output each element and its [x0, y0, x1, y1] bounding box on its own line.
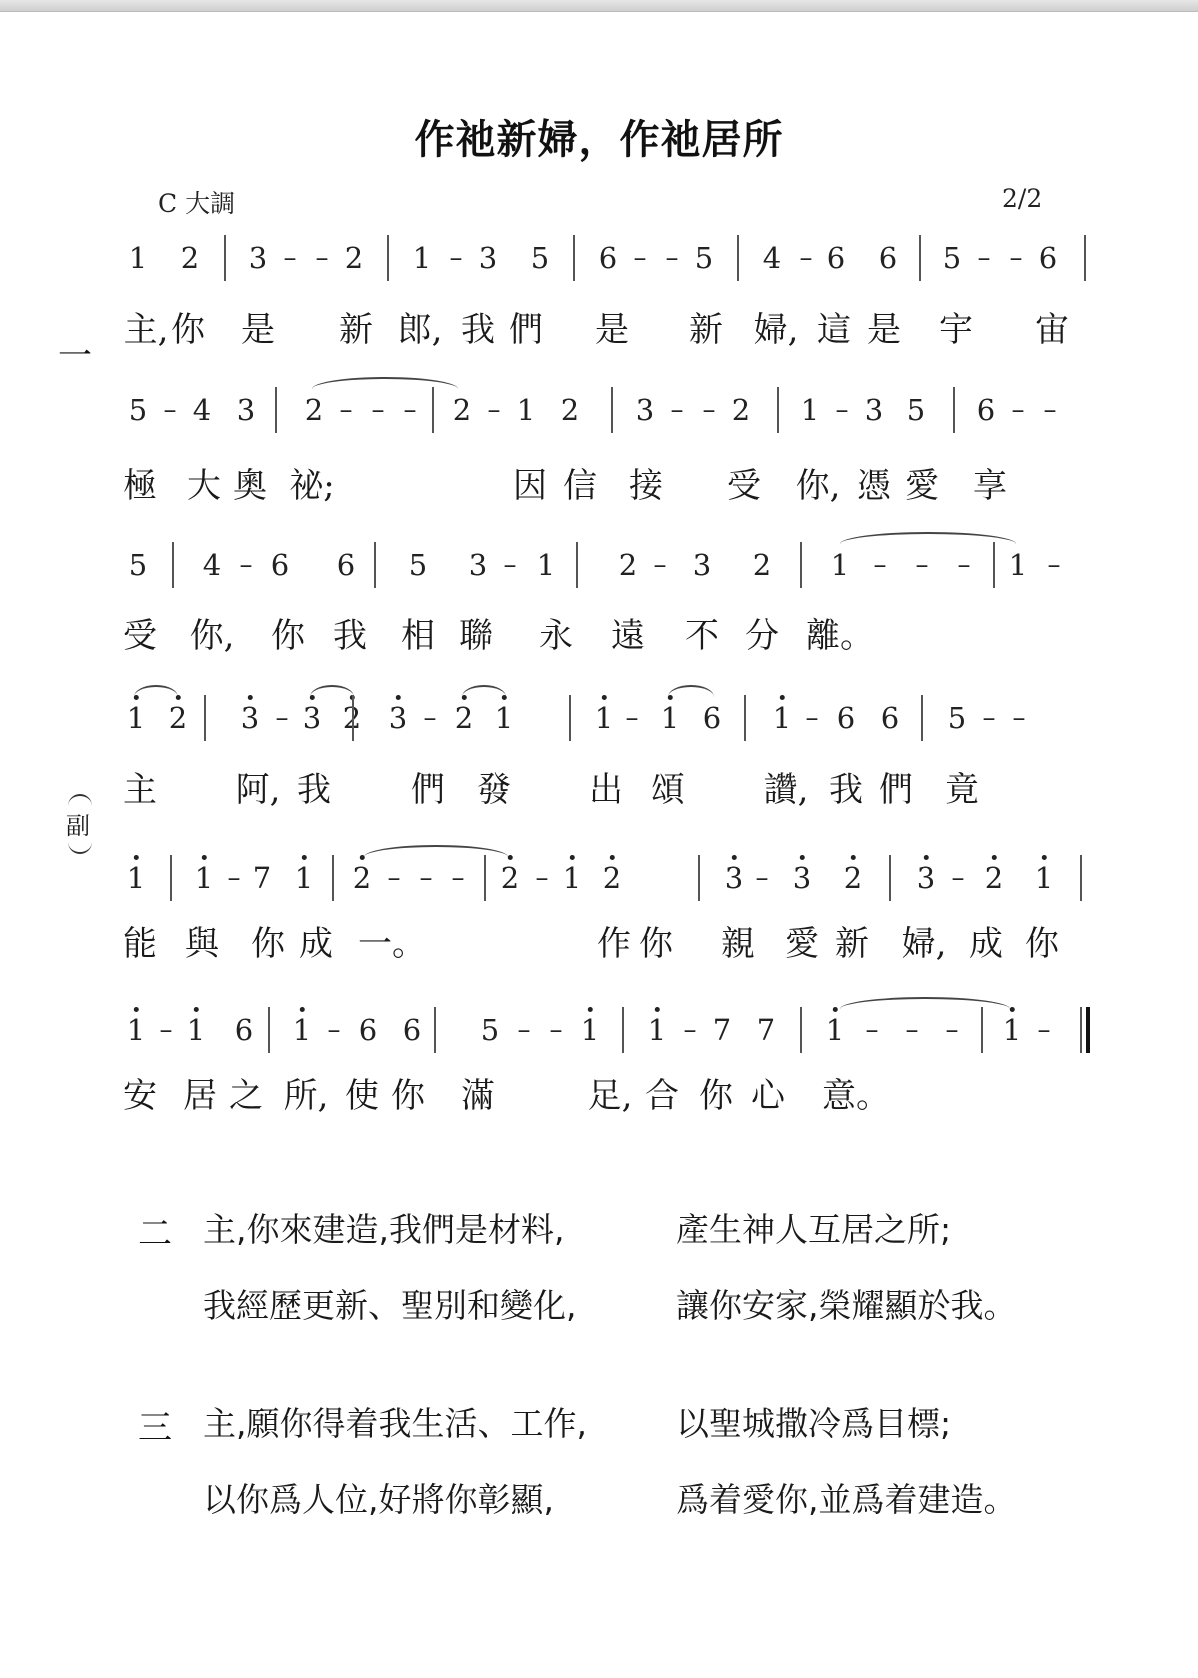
note: 2 [345, 241, 363, 275]
verse-number: 二 [138, 1206, 172, 1255]
note: 1 [127, 1013, 145, 1047]
hold-dash: – [866, 1013, 879, 1047]
octave-dot-icon [851, 855, 856, 860]
note: 3 [693, 548, 711, 582]
note: 1 [801, 393, 819, 427]
note: 2 [453, 393, 471, 427]
bar-line [204, 695, 206, 741]
note: 2 [305, 393, 323, 427]
tie-slur [310, 685, 354, 697]
bar-line [1080, 855, 1082, 901]
lyric-syllable: 極 [123, 466, 157, 506]
note: 3 [917, 861, 935, 895]
octave-dot-icon [602, 695, 607, 700]
note: 3 [389, 701, 407, 735]
lyric-syllable: 與 [185, 924, 219, 964]
hold-dash: – [806, 701, 819, 735]
bar-line [170, 855, 172, 901]
hold-dash: – [550, 1013, 563, 1047]
note: 5 [129, 548, 147, 582]
hold-dash: – [450, 241, 463, 275]
note: 3 [241, 701, 259, 735]
note: 3 [865, 393, 883, 427]
note: 1 [648, 1013, 666, 1047]
lyric-syllable: 滿 [461, 1076, 495, 1116]
lyric-syllable: 大 [187, 466, 221, 506]
note: 4 [193, 393, 211, 427]
note: 1 [581, 1013, 599, 1047]
note: 4 [763, 241, 781, 275]
bar-line [777, 387, 779, 433]
lyric-syllable: 我 [461, 310, 495, 350]
bar-line [434, 1007, 436, 1053]
bar-line [576, 542, 578, 588]
note: 7 [713, 1013, 731, 1047]
lyric-syllable: 享 [973, 466, 1007, 506]
note: 6 [703, 701, 721, 735]
octave-dot-icon [1010, 1007, 1015, 1012]
note: 6 [599, 241, 617, 275]
hold-dash: – [1038, 1013, 1051, 1047]
hold-dash: – [316, 241, 329, 275]
lyric-syllable: 是 [595, 310, 629, 350]
lyric-syllable: 新 [689, 310, 723, 350]
note: 7 [253, 861, 271, 895]
note: 1 [129, 241, 147, 275]
note: 3 [469, 548, 487, 582]
lyric-syllable: 永 [539, 616, 573, 656]
song-title: 作祂新婦，作祂居所 [0, 108, 1198, 165]
note: 1 [293, 1013, 311, 1047]
note: 2 [619, 548, 637, 582]
hold-dash: – [504, 548, 517, 582]
lyric-syllable: 是 [241, 310, 275, 350]
lyric-syllable: 你 [391, 1076, 425, 1116]
hold-dash: – [1010, 241, 1023, 275]
lyric-syllable: 主 [123, 770, 157, 810]
lyric-syllable: 合 [645, 1076, 679, 1116]
tie-slur [462, 685, 506, 697]
hold-dash: – [240, 548, 253, 582]
lyric-syllable: 離。 [806, 616, 874, 656]
lyric-syllable: 主, [124, 310, 169, 350]
hold-dash: – [404, 393, 417, 427]
hold-dash: – [340, 393, 353, 427]
lyric-syllable: 新 [339, 310, 373, 350]
lyric-syllable: 你 [1025, 924, 1059, 964]
octave-dot-icon [610, 855, 615, 860]
lyric-syllable: 出 [589, 770, 623, 810]
lyric-syllable: 頌 [651, 770, 685, 810]
bar-line [573, 235, 575, 281]
lyric-syllable: 安 [123, 1076, 157, 1116]
bar-line [569, 695, 571, 741]
lyric-syllable: 意。 [822, 1076, 890, 1116]
note: 1 [495, 701, 513, 735]
note: 1 [661, 701, 679, 735]
bar-line [1080, 1007, 1082, 1053]
window-top-bar [0, 0, 1198, 12]
hold-dash: – [626, 701, 639, 735]
lyric-syllable: 你, [796, 466, 841, 506]
tie-slur [312, 377, 458, 389]
hold-dash: – [684, 1013, 697, 1047]
hold-dash: – [756, 861, 769, 895]
lyric-syllable: 分 [745, 616, 779, 656]
key-signature: C 大調 [158, 184, 235, 220]
tie-slur [668, 685, 714, 697]
note: 1 [537, 548, 555, 582]
lyric-syllable: 你 [251, 924, 285, 964]
lyric-syllable: 相 [401, 616, 435, 656]
bar-line [432, 387, 434, 433]
lyric-syllable: 你 [271, 616, 305, 656]
bar-line [484, 855, 486, 901]
lyric-syllable: 宇 [939, 310, 973, 350]
verse-line-first-half: 我經歷更新、聖別和變化, [203, 1280, 577, 1327]
note: 5 [409, 548, 427, 582]
note: 1 [1009, 548, 1027, 582]
note: 6 [271, 548, 289, 582]
note: 2 [985, 861, 1003, 895]
octave-dot-icon [800, 855, 805, 860]
lyric-syllable: 愛 [905, 466, 939, 506]
note: 1 [195, 861, 213, 895]
lyric-syllable: 們 [879, 770, 913, 810]
hold-dash: – [946, 1013, 959, 1047]
note: 6 [837, 701, 855, 735]
octave-dot-icon [300, 1007, 305, 1012]
lyric-syllable: 一。 [358, 924, 426, 964]
bar-line [352, 695, 354, 741]
note: 1 [773, 701, 791, 735]
lyric-syllable: 成 [299, 924, 333, 964]
octave-dot-icon [134, 855, 139, 860]
hold-dash: – [874, 548, 887, 582]
verse-line-second-half: 讓你安家,榮耀顯於我。 [676, 1280, 1017, 1327]
hold-dash: – [1013, 701, 1026, 735]
note: 3 [636, 393, 654, 427]
lyric-syllable: 足, [588, 1076, 633, 1116]
hold-dash: – [906, 1013, 919, 1047]
note: 6 [881, 701, 899, 735]
lyric-syllable: 能 [123, 924, 157, 964]
final-bar-line [1086, 1007, 1090, 1053]
note: 5 [907, 393, 925, 427]
note: 1 [187, 1013, 205, 1047]
verse-line-first-half: 以你爲人位,好將你彰顯, [203, 1474, 554, 1521]
note: 1 [826, 1013, 844, 1047]
octave-dot-icon [588, 1007, 593, 1012]
hold-dash: – [1048, 548, 1061, 582]
hold-dash: – [452, 861, 465, 895]
note: 6 [827, 241, 845, 275]
note: 1 [127, 701, 145, 735]
note: 2 [603, 861, 621, 895]
note: 1 [413, 241, 431, 275]
note: 2 [353, 861, 371, 895]
bar-line [919, 235, 921, 281]
hold-dash: – [1044, 393, 1057, 427]
lyric-syllable: 受 [123, 616, 157, 656]
lyric-syllable: 郎, [398, 310, 443, 350]
lyric-syllable: 聯 [459, 616, 493, 656]
note: 4 [203, 548, 221, 582]
hold-dash: – [284, 241, 297, 275]
verse-number: 三 [138, 1400, 172, 1449]
bar-line [889, 855, 891, 901]
note: 2 [501, 861, 519, 895]
octave-dot-icon [570, 855, 575, 860]
note: 6 [1039, 241, 1057, 275]
tie-slur [134, 685, 178, 697]
note: 3 [725, 861, 743, 895]
lyric-syllable: 所, [284, 1076, 329, 1116]
bar-line [800, 1007, 802, 1053]
hold-dash: – [228, 861, 241, 895]
hold-dash: – [388, 861, 401, 895]
octave-dot-icon [396, 695, 401, 700]
note: 3 [303, 701, 321, 735]
note: 6 [337, 548, 355, 582]
note: 1 [127, 861, 145, 895]
hold-dash: – [164, 393, 177, 427]
lyric-syllable: 宙 [1035, 310, 1069, 350]
hold-dash: – [952, 861, 965, 895]
note: 6 [403, 1013, 421, 1047]
verse-line-second-half: 產生神人互居之所; [676, 1204, 951, 1251]
lyric-syllable: 遠 [611, 616, 645, 656]
octave-dot-icon [248, 695, 253, 700]
lyric-syllable: 作 [597, 924, 631, 964]
note: 2 [169, 701, 187, 735]
hold-dash: – [328, 1013, 341, 1047]
hold-dash: – [518, 1013, 531, 1047]
hold-dash: – [958, 548, 971, 582]
lyric-syllable: 受 [727, 466, 761, 506]
lyric-syllable: 不 [685, 616, 719, 656]
note: 1 [831, 548, 849, 582]
octave-dot-icon [302, 855, 307, 860]
lyric-syllable: 奧 [233, 466, 267, 506]
note: 5 [948, 701, 966, 735]
lyric-syllable: 是 [867, 310, 901, 350]
time-signature: 2/2 [1002, 184, 1042, 213]
lyric-syllable: 使 [345, 1076, 379, 1116]
bar-line [744, 695, 746, 741]
bar-line [224, 235, 226, 281]
note: 7 [757, 1013, 775, 1047]
verse-1-marker: 一 [58, 328, 92, 377]
lyric-syllable: 們 [411, 770, 445, 810]
lyric-syllable: 你 [171, 310, 205, 350]
hold-dash: – [1012, 393, 1025, 427]
tie-slur [364, 845, 508, 857]
note: 5 [695, 241, 713, 275]
lyric-syllable: 竟 [945, 770, 979, 810]
octave-dot-icon [1042, 855, 1047, 860]
octave-dot-icon [924, 855, 929, 860]
chorus-bracket-bottom [68, 842, 92, 854]
hold-dash: – [916, 548, 929, 582]
note: 2 [181, 241, 199, 275]
verse-line-first-half: 主,你來建造,我們是材料, [203, 1204, 564, 1251]
lyric-syllable: 你, [190, 616, 235, 656]
lyric-syllable: 發 [477, 770, 511, 810]
hold-dash: – [634, 241, 647, 275]
lyric-syllable: 讚, [764, 770, 809, 810]
lyric-syllable: 信 [563, 466, 597, 506]
tie-slur [840, 532, 1016, 544]
hold-dash: – [488, 393, 501, 427]
hold-dash: – [671, 393, 684, 427]
bar-line [622, 1007, 624, 1053]
octave-dot-icon [992, 855, 997, 860]
lyric-syllable: 婦, [754, 310, 799, 350]
bar-line [611, 387, 613, 433]
bar-line [800, 542, 802, 588]
bar-line [953, 387, 955, 433]
bar-line [698, 855, 700, 901]
hold-dash: – [978, 241, 991, 275]
bar-line [172, 542, 174, 588]
note: 2 [455, 701, 473, 735]
bar-line [993, 542, 995, 588]
note: 5 [129, 393, 147, 427]
lyric-syllable: 接 [629, 466, 663, 506]
hold-dash: – [983, 701, 996, 735]
note: 1 [517, 393, 535, 427]
hold-dash: – [420, 861, 433, 895]
note: 2 [844, 861, 862, 895]
lyric-syllable: 你 [639, 924, 673, 964]
note: 6 [977, 393, 995, 427]
chorus-label: 副 [66, 806, 90, 841]
note: 2 [561, 393, 579, 427]
note: 5 [481, 1013, 499, 1047]
octave-dot-icon [655, 1007, 660, 1012]
octave-dot-icon [780, 695, 785, 700]
hold-dash: – [800, 241, 813, 275]
lyric-syllable: 我 [297, 770, 331, 810]
note: 2 [732, 393, 750, 427]
note: 1 [1035, 861, 1053, 895]
lyric-syllable: 居 [183, 1076, 217, 1116]
bar-line [921, 695, 923, 741]
lyric-syllable: 因 [513, 466, 547, 506]
lyric-syllable: 們 [509, 310, 543, 350]
bar-line [374, 542, 376, 588]
octave-dot-icon [202, 855, 207, 860]
hold-dash: – [276, 701, 289, 735]
bar-line [1084, 235, 1086, 281]
note: 1 [1003, 1013, 1021, 1047]
note: 3 [793, 861, 811, 895]
lyric-syllable: 阿, [236, 770, 281, 810]
note: 1 [595, 701, 613, 735]
octave-dot-icon [732, 855, 737, 860]
note: 3 [237, 393, 255, 427]
bar-line [275, 387, 277, 433]
lyric-syllable: 愛 [785, 924, 819, 964]
tie-slur [840, 997, 1010, 1009]
note: 5 [531, 241, 549, 275]
octave-dot-icon [134, 1007, 139, 1012]
note: 5 [943, 241, 961, 275]
note: 3 [479, 241, 497, 275]
note: 1 [563, 861, 581, 895]
note: 2 [753, 548, 771, 582]
hold-dash: – [372, 393, 385, 427]
lyric-syllable: 婦, [902, 924, 947, 964]
verse-line-second-half: 以聖城撒冷爲目標; [676, 1398, 951, 1445]
lyric-syllable: 心 [751, 1076, 785, 1116]
lyric-syllable: 我 [333, 616, 367, 656]
lyric-syllable: 成 [969, 924, 1003, 964]
octave-dot-icon [508, 855, 513, 860]
bar-line [387, 235, 389, 281]
chorus-marker: 副 [66, 790, 96, 860]
hold-dash: – [654, 548, 667, 582]
lyric-syllable: 我 [829, 770, 863, 810]
verse-line-first-half: 主,願你得着我生活、工作, [203, 1398, 587, 1445]
hold-dash: – [703, 393, 716, 427]
bar-line [981, 1007, 983, 1053]
note: 6 [359, 1013, 377, 1047]
hold-dash: – [666, 241, 679, 275]
octave-dot-icon [194, 1007, 199, 1012]
lyric-syllable: 你 [699, 1076, 733, 1116]
lyric-syllable: 祕; [289, 466, 334, 506]
bar-line [332, 855, 334, 901]
note: 6 [235, 1013, 253, 1047]
lyric-syllable: 憑 [857, 466, 891, 506]
bar-line [737, 235, 739, 281]
note: 6 [879, 241, 897, 275]
lyric-syllable: 新 [835, 924, 869, 964]
chorus-bracket-top [68, 794, 92, 806]
hold-dash: – [424, 701, 437, 735]
hold-dash: – [160, 1013, 173, 1047]
lyric-syllable: 這 [817, 310, 851, 350]
octave-dot-icon [833, 1007, 838, 1012]
verse-line-second-half: 爲着愛你,並爲着建造。 [676, 1474, 1017, 1521]
lyric-syllable: 之 [229, 1076, 263, 1116]
hold-dash: – [836, 393, 849, 427]
note: 1 [295, 861, 313, 895]
hold-dash: – [536, 861, 549, 895]
bar-line [268, 1007, 270, 1053]
lyric-syllable: 親 [721, 924, 755, 964]
note: 3 [249, 241, 267, 275]
